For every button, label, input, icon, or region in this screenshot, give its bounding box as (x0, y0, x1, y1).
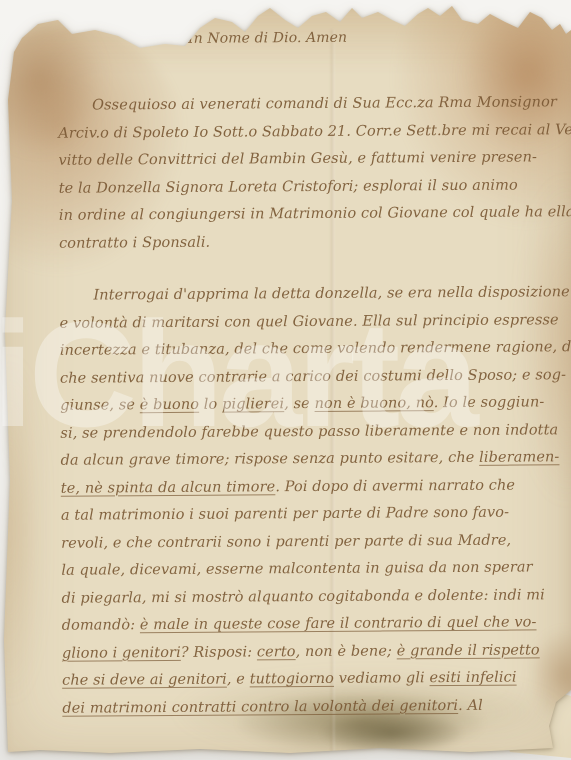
letter-line-segment: liberamen- (479, 449, 559, 466)
letter-line-segment: vediamo gli (334, 670, 430, 687)
letter-line-segment: che si deve ai genitori (62, 672, 227, 689)
letter-body: Ossequioso ai venerati comandi di Sua Ec… (58, 94, 562, 727)
letter-line-segment: . Poi dopo di avermi narrato che (275, 477, 515, 495)
letter-line-segment: ? Risposi: (181, 644, 257, 661)
letter-line-segment: Arciv.o di Spoleto Io Sott.o Sabbato 21.… (58, 121, 571, 141)
letter-line: giunse, se è buono lo piglierei, se non … (60, 394, 560, 425)
scanned-letter-page: In Nome di Dio. Amen Ossequioso ai vener… (0, 0, 571, 760)
letter-line-segment: , se (284, 396, 314, 412)
letter-line-segment: di piegarla, mi si mostrò alquanto cogit… (61, 587, 544, 606)
letter-line-segment: è male in queste cose fare il contrario … (140, 614, 537, 633)
letter-line-segment: non è buono, nò (314, 395, 433, 412)
letter-line-segment: giunse, se (60, 397, 140, 414)
letter-line: contratto i Sponsali. (59, 232, 559, 263)
letter-line-segment: , non è bene; (296, 643, 397, 660)
letter-line-segment: esiti infelici (429, 670, 516, 687)
letter-line-segment: da alcun grave timore; rispose senza pun… (61, 450, 480, 469)
stain-left-edge (0, 360, 40, 700)
letter-line: Ossequioso ai venerati comandi di Sua Ec… (58, 94, 558, 125)
letter-line-segment: revoli, e che contrarii sono i parenti p… (61, 532, 511, 551)
letter-line-segment: è buono (140, 397, 199, 413)
letter-line: Interrogai d'apprima la detta donzella, … (59, 284, 559, 315)
letter-line-segment: si, se prendendolo farebbe questo passo … (60, 422, 558, 441)
letter-line-segment: in ordine al congiungersi in Matrimonio … (59, 204, 571, 224)
letter-line-segment: che sentiva nuove contrarie a carico dei… (60, 367, 566, 387)
letter-line-segment: , e (227, 671, 250, 687)
letter-line: che si deve ai genitori, e tuttogiorno v… (62, 669, 562, 700)
letter-line: domandò: è male in queste cose fare il c… (62, 614, 562, 645)
letter-line: incertezza e titubanza, del che come vol… (60, 339, 560, 370)
letter-line: vitto delle Convittrici del Bambin Gesù,… (58, 149, 558, 180)
letter-line-segment: vitto delle Convittrici del Bambin Gesù,… (58, 149, 537, 168)
letter-heading: In Nome di Dio. Amen (88, 29, 448, 52)
letter-line-segment: . Io le soggiun- (434, 394, 545, 411)
letter-line-segment: gliono i genitori (62, 644, 181, 661)
letter-paragraph: Ossequioso ai venerati comandi di Sua Ec… (58, 94, 559, 262)
letter-line: di piegarla, mi si mostrò alquanto cogit… (61, 587, 561, 618)
letter-line-segment: a tal matrimonio i suoi parenti per part… (61, 505, 509, 524)
letter-line-segment: incertezza e titubanza, del che come vol… (60, 339, 571, 359)
letter-line: si, se prendendolo farebbe questo passo … (60, 422, 560, 453)
letter-line: e volontà di maritarsi con quel Giovane.… (60, 312, 560, 343)
letter-line-segment: piglierei (222, 396, 284, 412)
aged-paper: In Nome di Dio. Amen Ossequioso ai vener… (0, 0, 571, 760)
letter-line-segment: lo (199, 397, 222, 413)
letter-line: da alcun grave timore; rispose senza pun… (61, 449, 561, 480)
letter-line: Arciv.o di Spoleto Io Sott.o Sabbato 21.… (58, 122, 558, 153)
letter-line-segment: la quale, dicevami, esserne malcontenta … (61, 559, 532, 578)
letter-line: in ordine al congiungersi in Matrimonio … (59, 204, 559, 235)
handwritten-letter: In Nome di Dio. Amen Ossequioso ai vener… (58, 28, 563, 727)
letter-paragraph: Interrogai d'apprima la detta donzella, … (59, 284, 562, 727)
letter-line-segment: te, nè spinta da alcun timore (61, 479, 276, 496)
letter-line-segment: domandò: (62, 617, 140, 634)
letter-line-segment: Interrogai d'apprima la detta donzella, … (93, 284, 569, 303)
letter-line-segment: te la Donzella Signora Loreta Cristofori… (59, 177, 518, 196)
letter-line: revoli, e che contrarii sono i parenti p… (61, 532, 561, 563)
letter-line-segment: . Al (458, 697, 483, 713)
letter-line-segment: contratto i Sponsali. (59, 234, 210, 251)
letter-line-segment: certo (257, 644, 296, 660)
paper-sheet: In Nome di Dio. Amen Ossequioso ai vener… (0, 0, 571, 760)
letter-line: a tal matrimonio i suoi parenti per part… (61, 504, 561, 535)
letter-line: gliono i genitori? Risposi: certo, non è… (62, 642, 562, 673)
letter-line: che sentiva nuove contrarie a carico dei… (60, 367, 560, 398)
letter-line-segment: tuttogiorno (250, 671, 334, 688)
letter-line-segment: e volontà di maritarsi con quel Giovane.… (60, 312, 559, 331)
letter-line-segment: è grande il rispetto (397, 642, 540, 659)
letter-line: te, nè spinta da alcun timore. Poi dopo … (61, 477, 561, 508)
letter-line-segment: dei matrimoni contratti contro la volont… (62, 697, 458, 716)
letter-line: la quale, dicevami, esserne malcontenta … (61, 559, 561, 590)
letter-line: te la Donzella Signora Loreta Cristofori… (59, 177, 559, 208)
letter-line-segment: Ossequioso ai venerati comandi di Sua Ec… (92, 94, 557, 113)
letter-line: dei matrimoni contratti contro la volont… (62, 697, 562, 728)
